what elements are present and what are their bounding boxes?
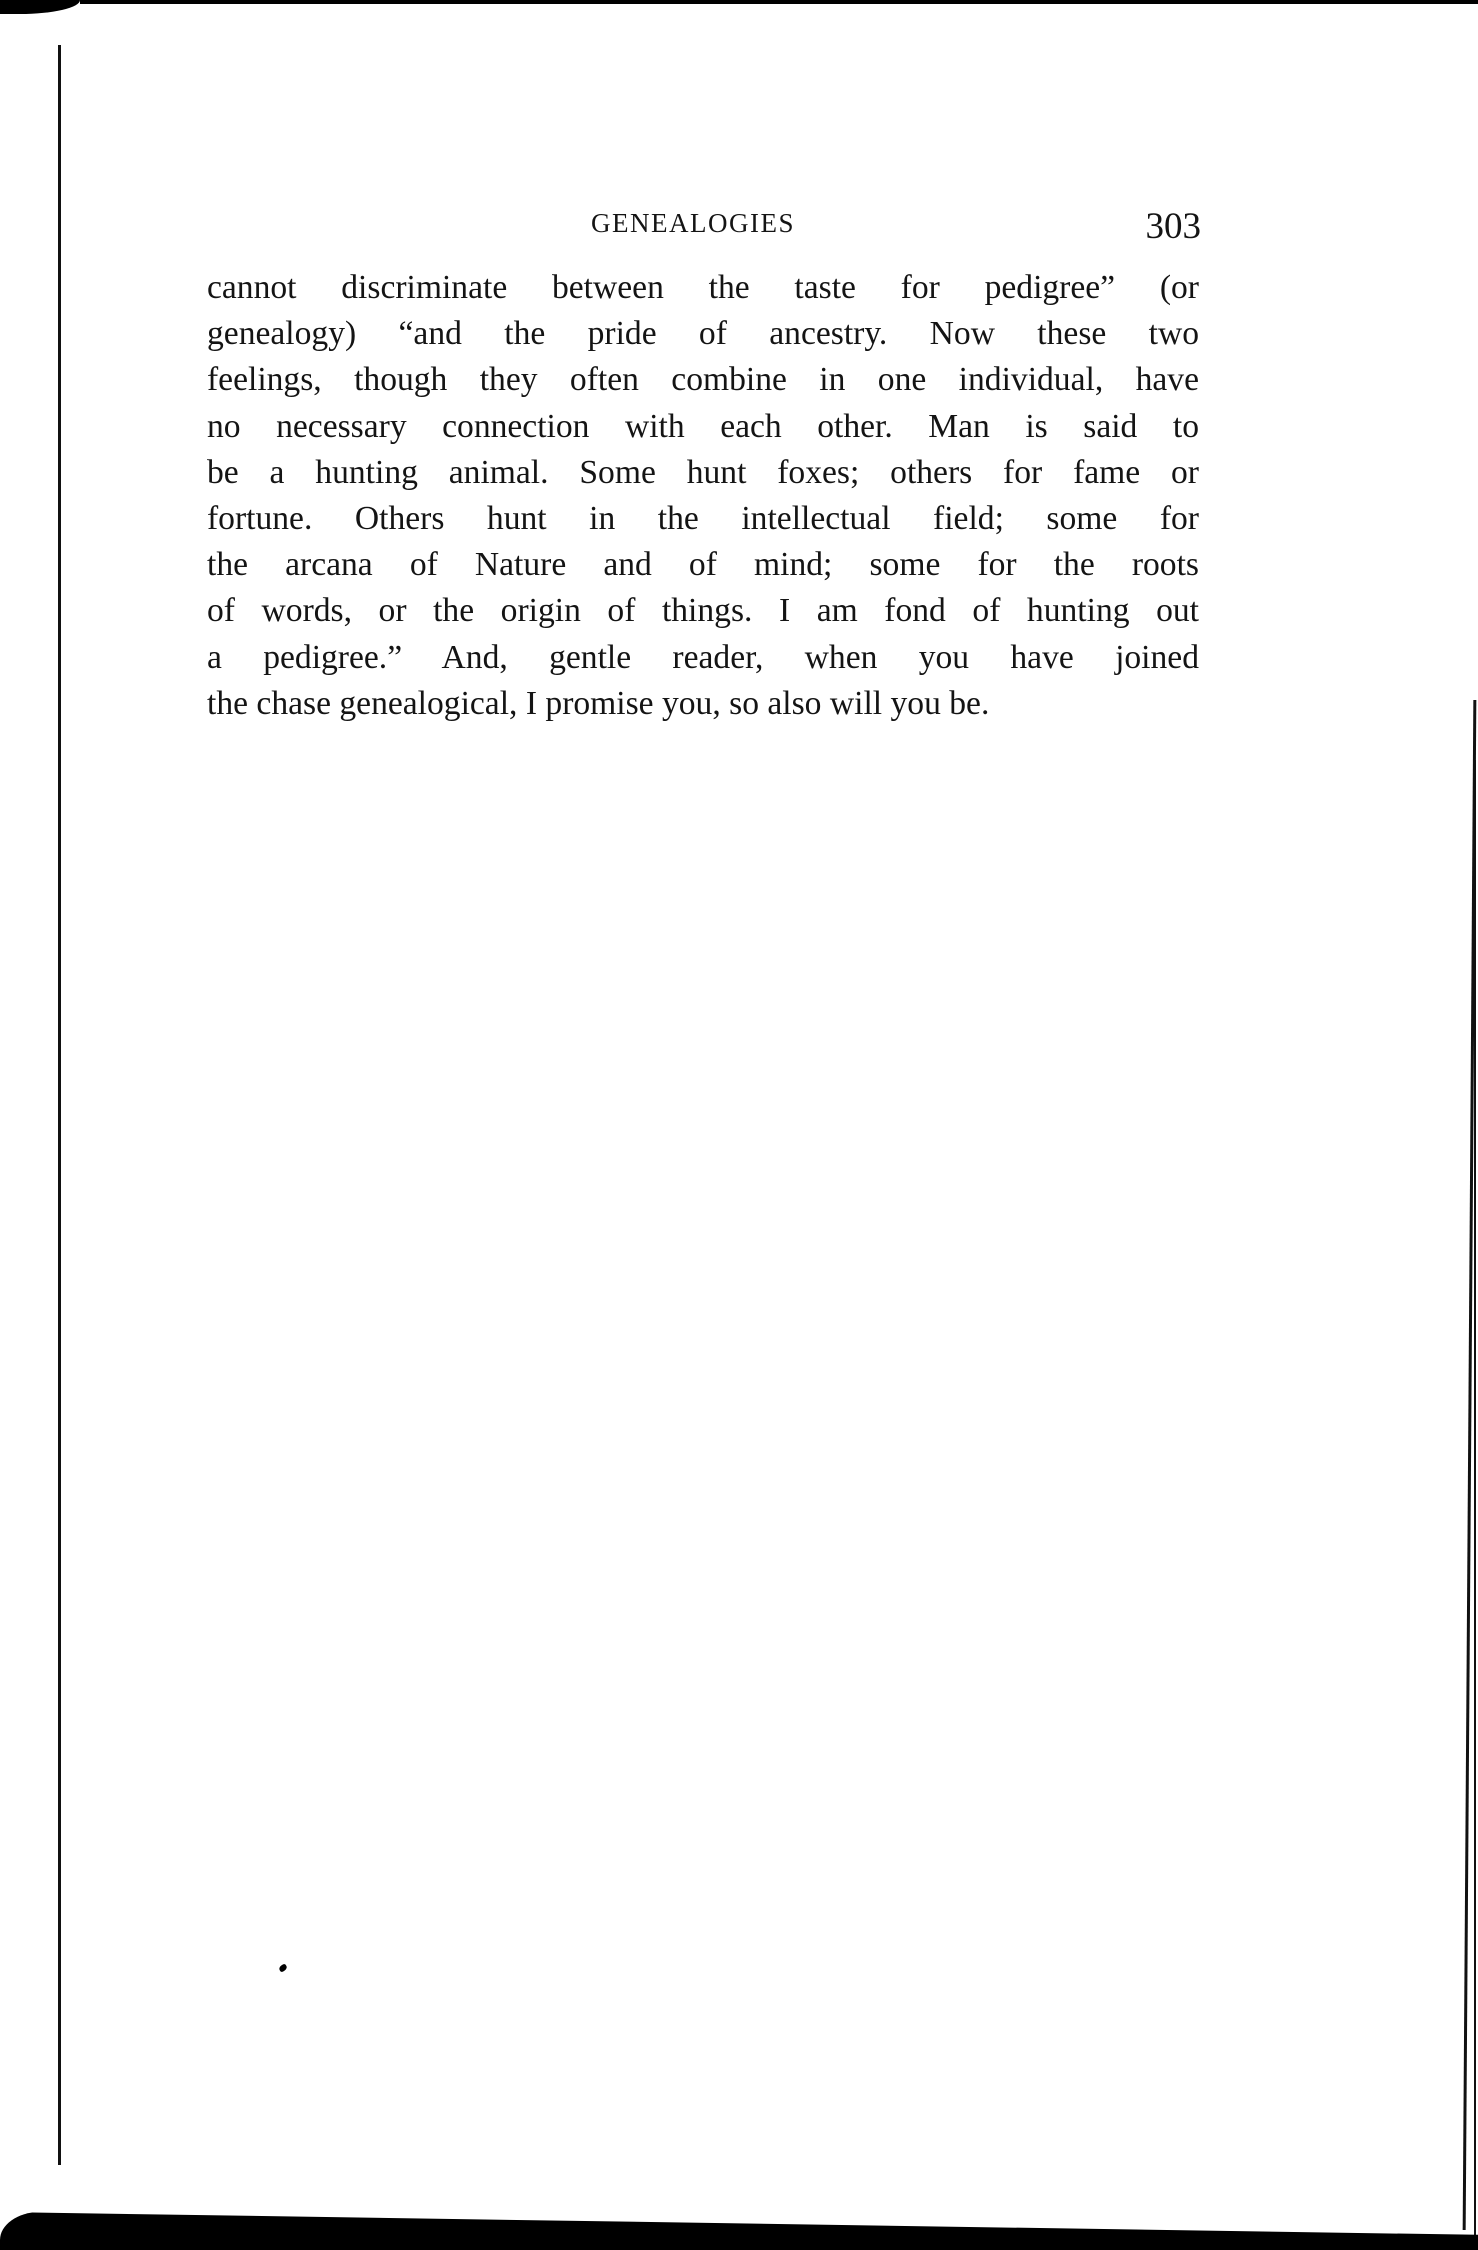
ink-speck bbox=[278, 1963, 288, 1973]
scan-border-artifact bbox=[80, 0, 1478, 4]
text-line: feelings, though they often combine in o… bbox=[207, 357, 1199, 403]
page-edge-line bbox=[58, 45, 61, 2165]
body-paragraph: cannot discriminate between the taste fo… bbox=[207, 265, 1199, 727]
text-line: of words, or the origin of things. I am … bbox=[207, 588, 1199, 634]
text-line: be a hunting animal. Some hunt foxes; ot… bbox=[207, 450, 1199, 496]
running-head: GENEALOGIES 303 bbox=[207, 205, 1199, 265]
text-line: the chase genealogical, I promise you, s… bbox=[207, 681, 1199, 727]
chapter-title: GENEALOGIES bbox=[207, 208, 1199, 239]
scan-border-artifact bbox=[0, 0, 80, 14]
text-line: no necessary connection with each other.… bbox=[207, 404, 1199, 450]
scan-border-artifact bbox=[0, 2212, 1478, 2250]
text-line: fortune. Others hunt in the intellectual… bbox=[207, 496, 1199, 542]
text-line: the arcana of Nature and of mind; some f… bbox=[207, 542, 1199, 588]
text-line: genealogy) “and the pride of ancestry. N… bbox=[207, 311, 1199, 357]
page-number: 303 bbox=[1146, 205, 1202, 248]
text-line: cannot discriminate between the taste fo… bbox=[207, 265, 1199, 311]
book-page: GENEALOGIES 303 cannot discriminate betw… bbox=[207, 205, 1199, 727]
page-edge-line bbox=[1474, 760, 1476, 2240]
text-line: a pedigree.” And, gentle reader, when yo… bbox=[207, 635, 1199, 681]
